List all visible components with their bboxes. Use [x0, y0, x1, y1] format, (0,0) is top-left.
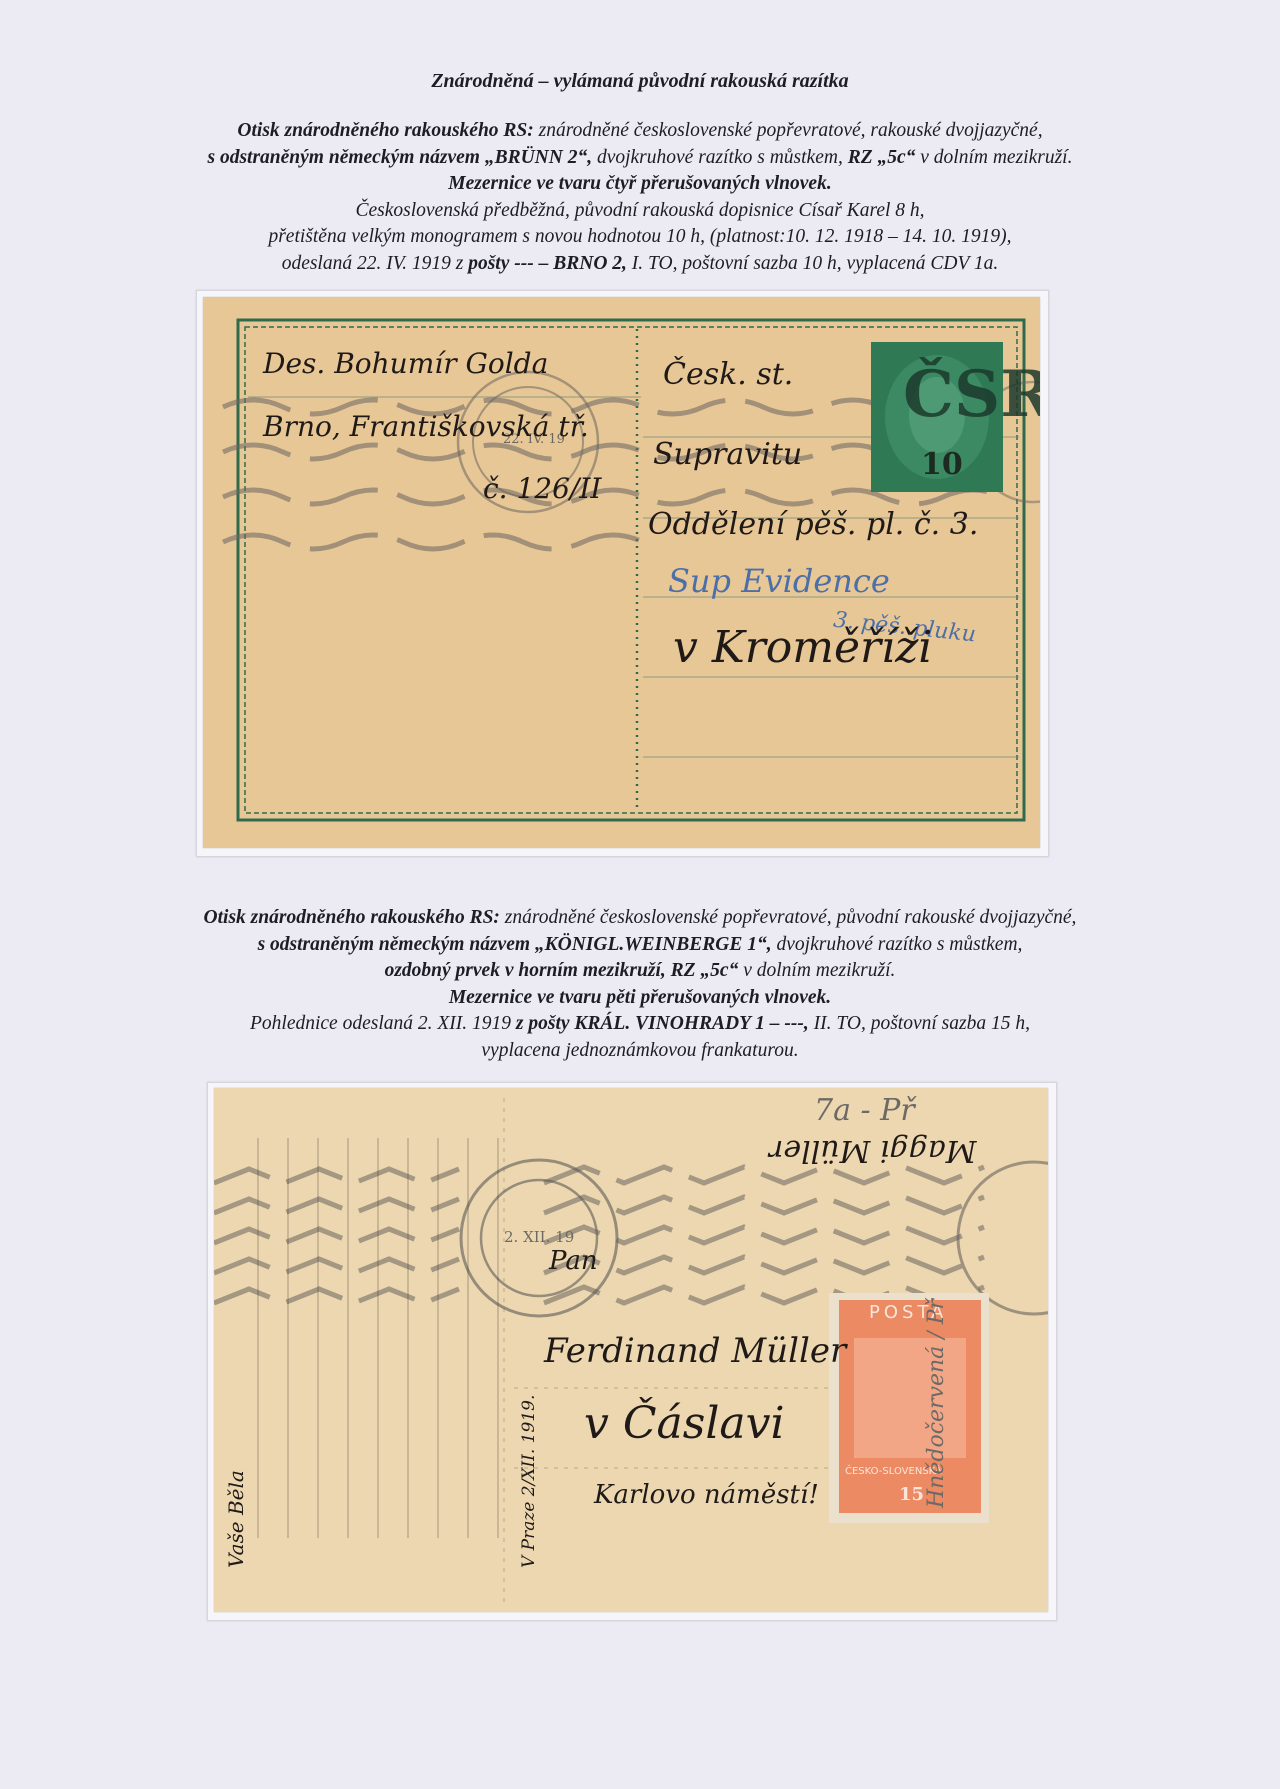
- picture-postcard-vinohrady: POSTA ČESKO-SLOVENSKÁ 15 2. XII. 19 7a -…: [214, 1088, 1048, 1612]
- recipient-pan: Pan: [549, 1246, 598, 1276]
- pencil-note-top: 7a - Př: [814, 1093, 915, 1128]
- postmark-date: 2. XII. 19: [504, 1228, 574, 1246]
- description-line: Otisk znárodněného rakouského RS: znárod…: [60, 118, 1220, 145]
- sender-line-1: Des. Bohumír Golda: [263, 347, 548, 380]
- description-line: s odstraněným německým názvem „KÖNIGL.WE…: [60, 932, 1220, 959]
- entry1-description: Otisk znárodněného rakouského RS: znárod…: [60, 118, 1220, 277]
- description-line: vyplacena jednoznámkovou frankaturou.: [60, 1038, 1220, 1065]
- recipient-town: v Čáslavi: [584, 1398, 785, 1449]
- description-line: Mezernice ve tvaru pěti přerušovaných vl…: [60, 985, 1220, 1012]
- recipient-name: Ferdinand Müller: [544, 1331, 846, 1371]
- message-date: V Praze 2/XII. 1919.: [519, 1395, 539, 1568]
- description-line: odeslaná 22. IV. 1919 z pošty --- – BRNO…: [60, 251, 1220, 278]
- recipient-line-2: Supravitu: [653, 437, 802, 472]
- handwritten-message: [229, 1138, 499, 1538]
- description-line: ozdobný prvek v horním mezikruží, RZ „5c…: [60, 958, 1220, 985]
- sender-line-2: Brno, Františkovská tř.: [263, 410, 589, 443]
- description-line: Československá předběžná, původní rakous…: [60, 198, 1220, 225]
- entry2-description: Otisk znárodněného rakouského RS: znárod…: [60, 905, 1220, 1064]
- blue-note-1: Sup Evidence: [668, 562, 890, 600]
- upside-down-text: Maggi Müller: [769, 1133, 976, 1168]
- sender-line-3: č. 126/II: [483, 472, 601, 505]
- description-line: Otisk znárodněného rakouského RS: znárod…: [60, 905, 1220, 932]
- stamp-value: 15: [899, 1484, 924, 1505]
- stamp-overprint: ČSR: [903, 357, 1040, 432]
- page-title: Znárodněná – vylámaná původní rakouská r…: [0, 70, 1280, 93]
- description-line: Mezernice ve tvaru čtyř přerušovaných vl…: [60, 171, 1220, 198]
- description-line: s odstraněným německým názvem „BRÜNN 2“,…: [60, 145, 1220, 172]
- stamp-value: 10: [921, 447, 963, 482]
- recipient-line-1: Česk. st.: [663, 357, 793, 392]
- recipient-line-3: Oddělení pěš. pl. č. 3.: [648, 507, 978, 542]
- description-line: Pohlednice odeslaná 2. XII. 1919 z pošty…: [60, 1011, 1220, 1038]
- postal-card-brno: ČSR 10 22. IV. 19 Des. Bohumír Golda Brn…: [203, 297, 1040, 848]
- recipient-line-4: v Kroměříži: [673, 622, 932, 673]
- recipient-street: Karlovo náměstí!: [594, 1480, 819, 1510]
- pencil-note-side: Hnědočervená / Př: [924, 1299, 949, 1508]
- description-line: přetištěna velkým monogramem s novou hod…: [60, 224, 1220, 251]
